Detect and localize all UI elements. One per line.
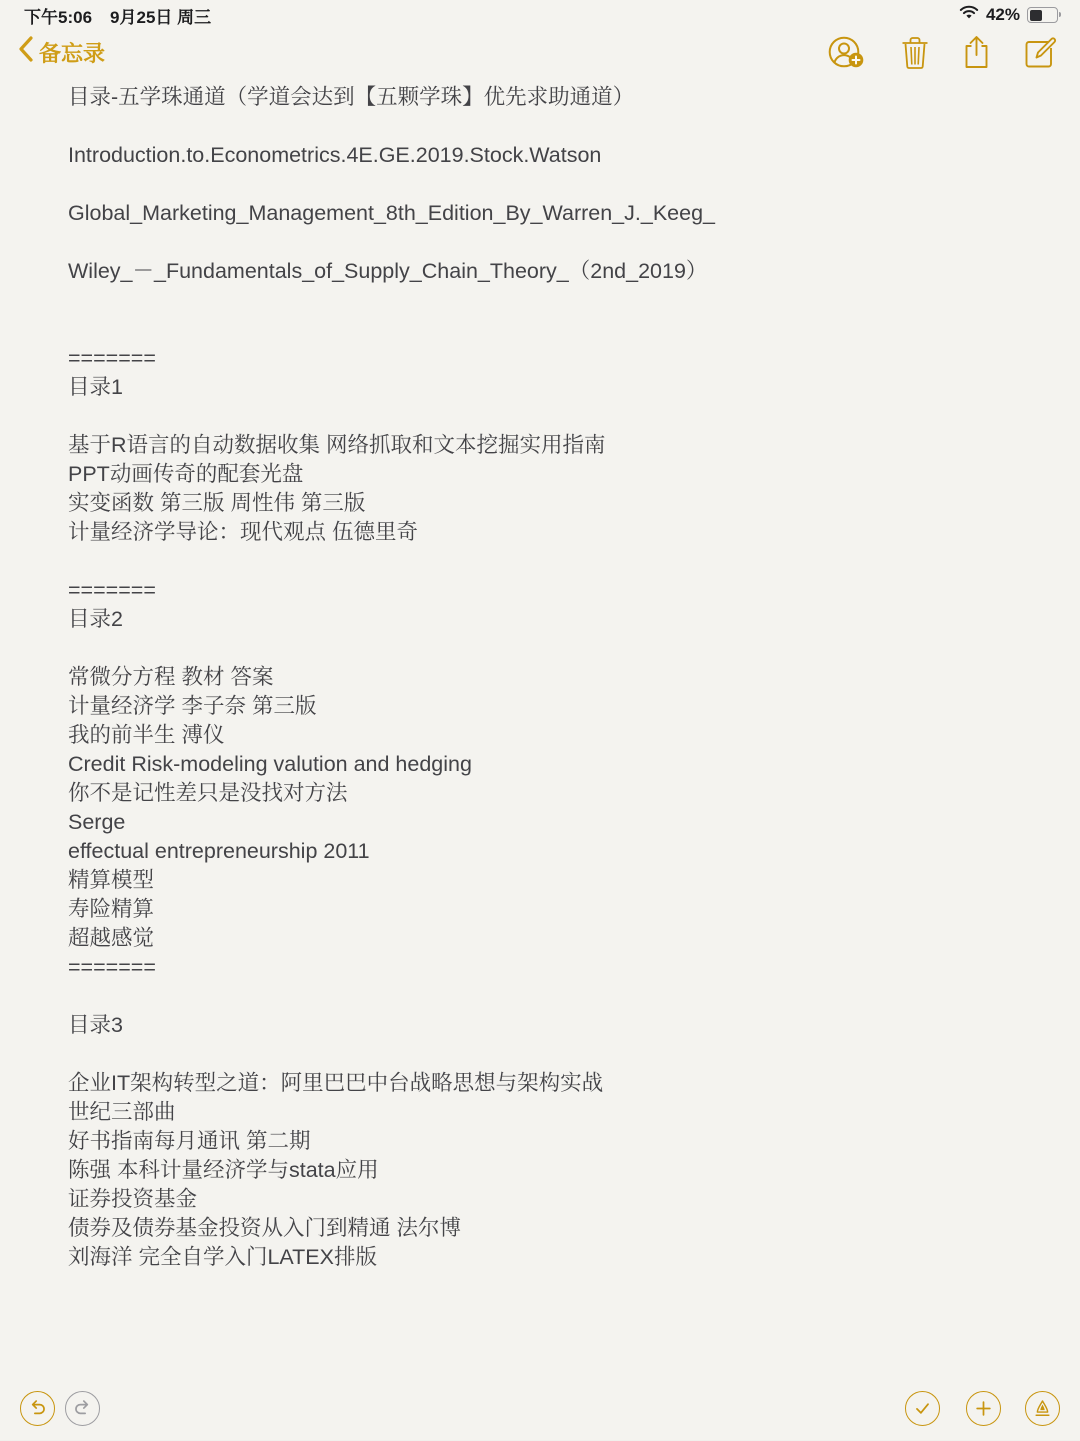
note-line [68,634,1040,663]
compose-icon[interactable] [1024,36,1058,69]
nav-bar: 备忘录 [0,28,1080,76]
redo-icon [65,1391,100,1426]
note-line: 基于R语言的自动数据收集 网络抓取和文本挖掘实用指南 [68,431,1040,460]
note-line: 你不是记性差只是没找对方法 [68,779,1040,808]
note-line [68,402,1040,431]
note-line: 企业IT架构转型之道：阿里巴巴中台战略思想与架构实战 [68,1069,1040,1098]
add-icon[interactable] [966,1391,1001,1426]
note-line: 债券及债券基金投资从入门到精通 法尔博 [68,1214,1040,1243]
note-line: Serge [68,808,1040,837]
note-line [68,228,1040,257]
back-button-label: 备忘录 [39,37,105,68]
note-line: ======= [68,344,1040,373]
collaborate-add-person-icon[interactable] [827,35,867,69]
note-line: 目录-五学珠通道（学道会达到【五颗学珠】优先求助通道） [68,83,1040,112]
note-line: 证券投资基金 [68,1185,1040,1214]
note-line: 超越感觉 [68,924,1040,953]
note-line: ======= [68,576,1040,605]
note-line: 世纪三部曲 [68,1098,1040,1127]
note-line: ======= [68,953,1040,982]
note-line [68,1040,1040,1069]
note-line: 寿险精算 [68,895,1040,924]
note-line [68,315,1040,344]
note-line: Global_Marketing_Management_8th_Edition_… [68,199,1040,228]
note-line: 目录2 [68,605,1040,634]
note-line: 我的前半生 溥仪 [68,721,1040,750]
note-line: 刘海洋 完全自学入门LATEX排版 [68,1243,1040,1272]
status-bar: 下午5:06 9月25日 周三 42% [0,0,1080,28]
note-line [68,982,1040,1011]
note-line: PPT动画传奇的配套光盘 [68,460,1040,489]
note-line: 好书指南每月通讯 第二期 [68,1127,1040,1156]
note-body[interactable]: 目录-五学珠通道（学道会达到【五颗学珠】优先求助通道） Introduction… [68,83,1040,1371]
status-time: 下午5:06 [24,3,92,28]
share-icon[interactable] [963,35,990,69]
note-line: Introduction.to.Econometrics.4E.GE.2019.… [68,141,1040,170]
note-line: 计量经济学 李子奈 第三版 [68,692,1040,721]
trash-icon[interactable] [901,36,929,69]
note-line [68,170,1040,199]
note-line: 目录1 [68,373,1040,402]
note-line: 陈强 本科计量经济学与stata应用 [68,1156,1040,1185]
note-line: Credit Risk-modeling valution and hedgin… [68,750,1040,779]
chevron-left-icon [18,36,33,68]
note-line [68,547,1040,576]
battery-icon [1027,7,1058,23]
back-button[interactable]: 备忘录 [18,36,105,68]
note-line [68,286,1040,315]
bottom-toolbar [0,1387,1080,1435]
undo-icon[interactable] [20,1391,55,1426]
note-line: Wiley_－_Fundamentals_of_Supply_Chain_The… [68,257,1040,286]
battery-percent: 42% [986,5,1020,25]
note-line: 精算模型 [68,866,1040,895]
note-line: 目录3 [68,1011,1040,1040]
checklist-icon[interactable] [905,1391,940,1426]
note-line: effectual entrepreneurship 2011 [68,837,1040,866]
note-line: 常微分方程 教材 答案 [68,663,1040,692]
markup-pen-icon[interactable] [1025,1391,1060,1426]
status-date: 9月25日 周三 [110,3,211,28]
note-line: 计量经济学导论：现代观点 伍德里奇 [68,518,1040,547]
wifi-icon [959,5,979,25]
note-line: 实变函数 第三版 周性伟 第三版 [68,489,1040,518]
note-line [68,112,1040,141]
